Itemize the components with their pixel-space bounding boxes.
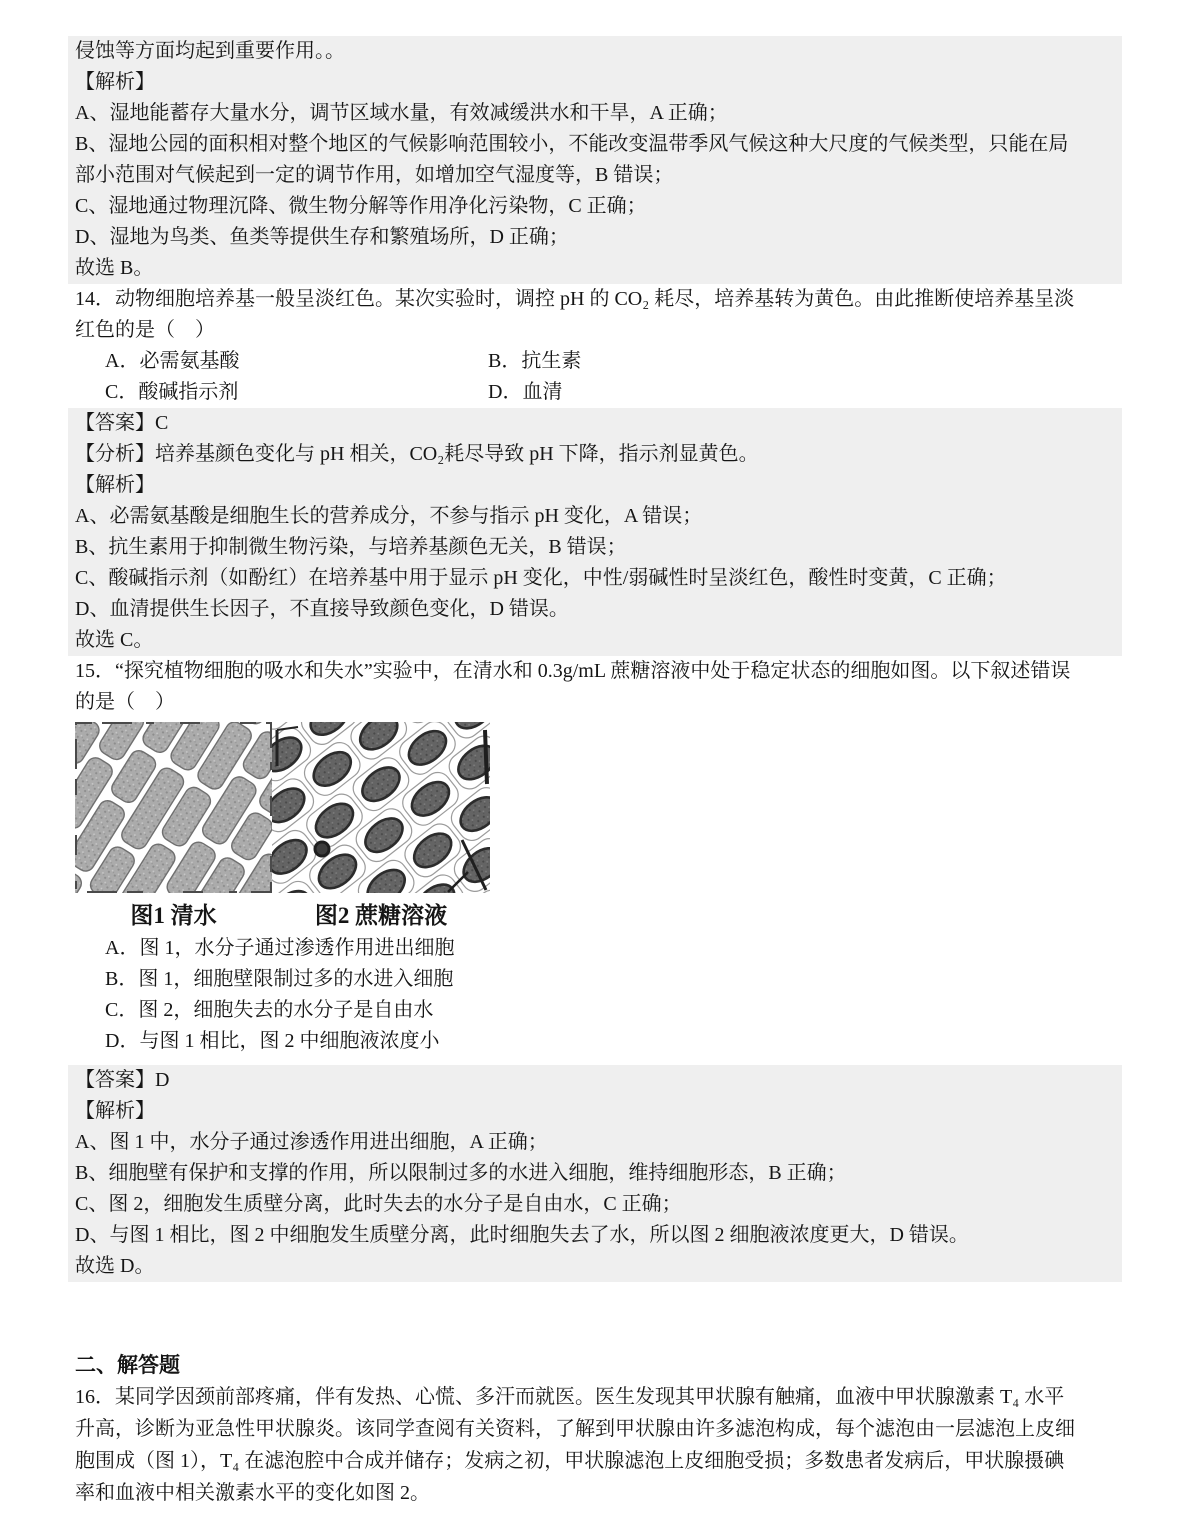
text-line: A、图 1 中，水分子通过渗透作用进出细胞，A 正确；: [68, 1127, 1122, 1158]
text-line: 故选 B。: [68, 253, 1122, 284]
text-line: B、细胞壁有保护和支撑的作用，所以限制过多的水进入细胞，维持细胞形态，B 正确；: [68, 1158, 1122, 1189]
text-line: B、湿地公园的面积相对整个地区的气候影响范围较小，不能改变温带季风气候这种大尺度…: [68, 129, 1122, 160]
text-line: C、湿地通过物理沉降、微生物分解等作用净化污染物，C 正确；: [68, 191, 1122, 222]
q15-option-a: A．图 1，水分子通过渗透作用进出细胞: [68, 933, 1122, 964]
fig1-micrograph-clear-water: [75, 722, 272, 893]
jiexi-label-line: 【解析】: [68, 470, 1122, 501]
fig2-caption: 图2 蔗糖溶液: [272, 897, 490, 930]
answer-line: 【答案】D: [68, 1065, 1122, 1096]
text-line: D、与图 1 相比，图 2 中细胞发生质壁分离，此时细胞失去了水，所以图 2 细…: [68, 1220, 1122, 1251]
jiexi-label-line: 【解析】: [68, 1096, 1122, 1127]
q14-stem-line: 红色的是（ ）: [68, 315, 1122, 346]
q14-option-d: D．血清: [488, 377, 562, 408]
text-line: 侵蚀等方面均起到重要作用。。: [68, 36, 1122, 67]
q16-line: 率和血液中相关激素水平的变化如图 2。: [68, 1477, 1122, 1509]
q15-option-b: B．图 1，细胞壁限制过多的水进入细胞: [68, 964, 1122, 995]
text-line: 部小范围对气候起到一定的调节作用，如增加空气湿度等，B 错误；: [68, 160, 1122, 191]
answer-block-q15: 【答案】D 【解析】 A、图 1 中，水分子通过渗透作用进出细胞，A 正确； B…: [68, 1065, 1122, 1282]
text-line: 故选 C。: [68, 625, 1122, 656]
q15-stem-line: 的是（ ）: [68, 687, 1122, 718]
q15-stem-line: 15．“探究植物细胞的吸水和失水”实验中，在清水和 0.3g/mL 蔗糖溶液中处…: [68, 656, 1122, 687]
text-line: D、血清提供生长因子，不直接导致颜色变化，D 错误。: [68, 594, 1122, 625]
q14-option-a: A．必需氨基酸: [105, 346, 488, 377]
q15-figure: [68, 722, 1122, 893]
text-line: 故选 D。: [68, 1251, 1122, 1282]
text-line: D、湿地为鸟类、鱼类等提供生存和繁殖场所，D 正确；: [68, 222, 1122, 253]
section-2-heading: 二、解答题: [68, 1350, 1122, 1381]
document-page: 侵蚀等方面均起到重要作用。。 【解析】 A、湿地能蓄存大量水分，调节区域水量，有…: [68, 0, 1122, 1509]
q14-option-row: A．必需氨基酸 B．抗生素: [68, 346, 1122, 377]
q15-option-d: D．与图 1 相比，图 2 中细胞液浓度小: [68, 1026, 1122, 1057]
text-line: C、酸碱指示剂（如酚红）在培养基中用于显示 pH 变化，中性/弱碱性时呈淡红色，…: [68, 563, 1122, 594]
q14-option-row: C．酸碱指示剂 D．血清: [68, 377, 1122, 408]
q15-option-c: C．图 2，细胞失去的水分子是自由水: [68, 995, 1122, 1026]
answer-block-q13: 侵蚀等方面均起到重要作用。。 【解析】 A、湿地能蓄存大量水分，调节区域水量，有…: [68, 36, 1122, 284]
text-line: C、图 2，细胞发生质壁分离，此时失去的水分子是自由水，C 正确；: [68, 1189, 1122, 1220]
question-16: 16．某同学因颈前部疼痛，伴有发热、心慌、多汗而就医。医生发现其甲状腺有触痛，血…: [68, 1381, 1122, 1509]
answer-block-q14: 【答案】C 【分析】培养基颜色变化与 pH 相关，CO₂耗尽导致 pH 下降，指…: [68, 408, 1122, 656]
analysis-line: 【分析】培养基颜色变化与 pH 相关，CO₂耗尽导致 pH 下降，指示剂显黄色。: [68, 439, 1122, 470]
q15-figure-captions: 图1 清水 图2 蔗糖溶液: [68, 893, 1122, 933]
q16-line: 胞围成（图 1），T₄ 在滤泡腔中合成并储存；发病之初，甲状腺滤泡上皮细胞受损；…: [68, 1445, 1122, 1477]
q14-option-b: B．抗生素: [488, 346, 581, 377]
text-line: B、抗生素用于抑制微生物污染，与培养基颜色无关，B 错误；: [68, 532, 1122, 563]
q16-line: 16．某同学因颈前部疼痛，伴有发热、心慌、多汗而就医。医生发现其甲状腺有触痛，血…: [68, 1381, 1122, 1413]
fig1-caption: 图1 清水: [75, 897, 272, 930]
q14-stem-line: 14．动物细胞培养基一般呈淡红色。某次实验时，调控 pH 的 CO₂ 耗尽，培养…: [68, 284, 1122, 315]
fig2-micrograph-sucrose-solution: [272, 722, 490, 893]
jiexi-label-line: 【解析】: [68, 67, 1122, 98]
question-15: 15．“探究植物细胞的吸水和失水”实验中，在清水和 0.3g/mL 蔗糖溶液中处…: [68, 656, 1122, 1057]
question-14: 14．动物细胞培养基一般呈淡红色。某次实验时，调控 pH 的 CO₂ 耗尽，培养…: [68, 284, 1122, 408]
q14-option-c: C．酸碱指示剂: [105, 377, 488, 408]
q16-line: 升高，诊断为亚急性甲状腺炎。该同学查阅有关资料，了解到甲状腺由许多滤泡构成，每个…: [68, 1413, 1122, 1445]
answer-line: 【答案】C: [68, 408, 1122, 439]
text-line: A、湿地能蓄存大量水分，调节区域水量，有效减缓洪水和干旱，A 正确；: [68, 98, 1122, 129]
text-line: A、必需氨基酸是细胞生长的营养成分，不参与指示 pH 变化，A 错误；: [68, 501, 1122, 532]
